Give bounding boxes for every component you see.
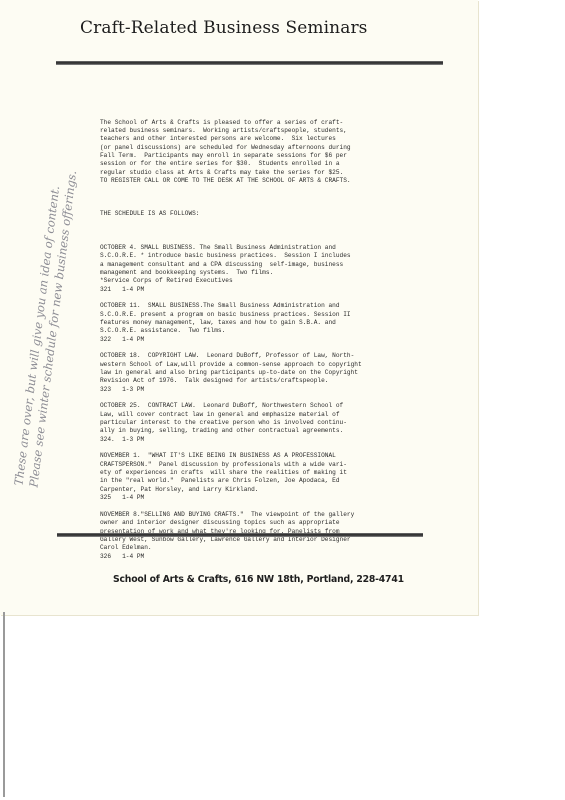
intro-line: Fall Term. Participants may enroll in se… xyxy=(100,152,420,160)
intro-line: The School of Arts & Crafts is pleased t… xyxy=(100,119,420,127)
intro-line: teachers and other interested persons ar… xyxy=(100,135,420,143)
session-line: S.C.O.R.E. * introduce basic business pr… xyxy=(100,252,420,260)
scan-edge-line xyxy=(3,612,5,797)
session-entry: NOVEMBER 1. "WHAT IT'S LIKE BEING IN BUS… xyxy=(100,452,420,502)
session-line: Carol Edelman. xyxy=(100,544,420,552)
session-line: OCTOBER 25. CONTRACT LAW. Leonard DuBoff… xyxy=(100,402,420,410)
session-entry: OCTOBER 4. SMALL BUSINESS. The Small Bus… xyxy=(100,244,420,294)
intro-line: related business seminars. Working artis… xyxy=(100,127,420,135)
session-line: 322 1-4 PM xyxy=(100,336,420,344)
top-divider xyxy=(56,61,443,65)
session-line: ally in buying, selling, trading and oth… xyxy=(100,427,420,435)
session-line: Law, will cover contract law in general … xyxy=(100,411,420,419)
session-line: particular interest to the creative pers… xyxy=(100,419,420,427)
session-entry: OCTOBER 11. SMALL BUSINESS.The Small Bus… xyxy=(100,302,420,344)
session-line: law in general and also bring participan… xyxy=(100,369,420,377)
session-line: 323 1-3 PM xyxy=(100,386,420,394)
bottom-divider xyxy=(57,533,423,537)
session-line: 326 1-4 PM xyxy=(100,553,420,561)
session-line: Gallery West, Sunbow Gallery, Lawrence G… xyxy=(100,536,420,544)
intro-line: session or for the entire series for $30… xyxy=(100,160,420,168)
session-entry: OCTOBER 18. COPYRIGHT LAW. Leonard DuBof… xyxy=(100,352,420,394)
page-title: Craft-Related Business Seminars xyxy=(80,18,400,38)
session-list: OCTOBER 4. SMALL BUSINESS. The Small Bus… xyxy=(100,244,420,561)
intro-line: regular studio class at Arts & Crafts ma… xyxy=(100,169,420,177)
intro-line: TO REGISTER CALL OR COME TO THE DESK AT … xyxy=(100,177,420,185)
session-line: OCTOBER 11. SMALL BUSINESS.The Small Bus… xyxy=(100,302,420,310)
session-line: NOVEMBER 1. "WHAT IT'S LIKE BEING IN BUS… xyxy=(100,452,420,460)
session-line: CRAFTSPERSON." Panel discussion by profe… xyxy=(100,461,420,469)
footer-address: School of Arts & Crafts, 616 NW 18th, Po… xyxy=(113,574,413,585)
session-line: S.C.O.R.E. present a program on basic bu… xyxy=(100,311,420,319)
session-line: owner and interior designer discussing t… xyxy=(100,519,420,527)
session-line: features money management, law, taxes an… xyxy=(100,319,420,327)
intro-paragraph: The School of Arts & Crafts is pleased t… xyxy=(100,119,420,186)
session-line: S.C.O.R.E. assistance. Two films. xyxy=(100,327,420,335)
document-body: The School of Arts & Crafts is pleased t… xyxy=(100,102,420,578)
session-line: NOVEMBER 8."SELLING AND BUYING CRAFTS." … xyxy=(100,511,420,519)
session-line: 321 1-4 PM xyxy=(100,286,420,294)
session-entry: OCTOBER 25. CONTRACT LAW. Leonard DuBoff… xyxy=(100,402,420,444)
schedule-heading: THE SCHEDULE IS AS FOLLOWS: xyxy=(100,210,420,218)
session-line: OCTOBER 18. COPYRIGHT LAW. Leonard DuBof… xyxy=(100,352,420,360)
session-line: OCTOBER 4. SMALL BUSINESS. The Small Bus… xyxy=(100,244,420,252)
session-line: 325 1-4 PM xyxy=(100,494,420,502)
session-line: *Service Corps of Retired Executives xyxy=(100,277,420,285)
session-line: 324. 1-3 PM xyxy=(100,436,420,444)
session-line: in the "real world." Panelists are Chris… xyxy=(100,477,420,485)
intro-line: (or panel discussions) are scheduled for… xyxy=(100,144,420,152)
session-line: Carpenter, Pat Horsley, and Larry Kirkla… xyxy=(100,486,420,494)
session-line: a management consultant and a CPA discus… xyxy=(100,261,420,269)
session-line: western School of Law,will provide a com… xyxy=(100,361,420,369)
session-line: ety of experiences in crafts will share … xyxy=(100,469,420,477)
session-line: management and bookkeeping systems. Two … xyxy=(100,269,420,277)
session-line: Revision Act of 1976. Talk designed for … xyxy=(100,377,420,385)
